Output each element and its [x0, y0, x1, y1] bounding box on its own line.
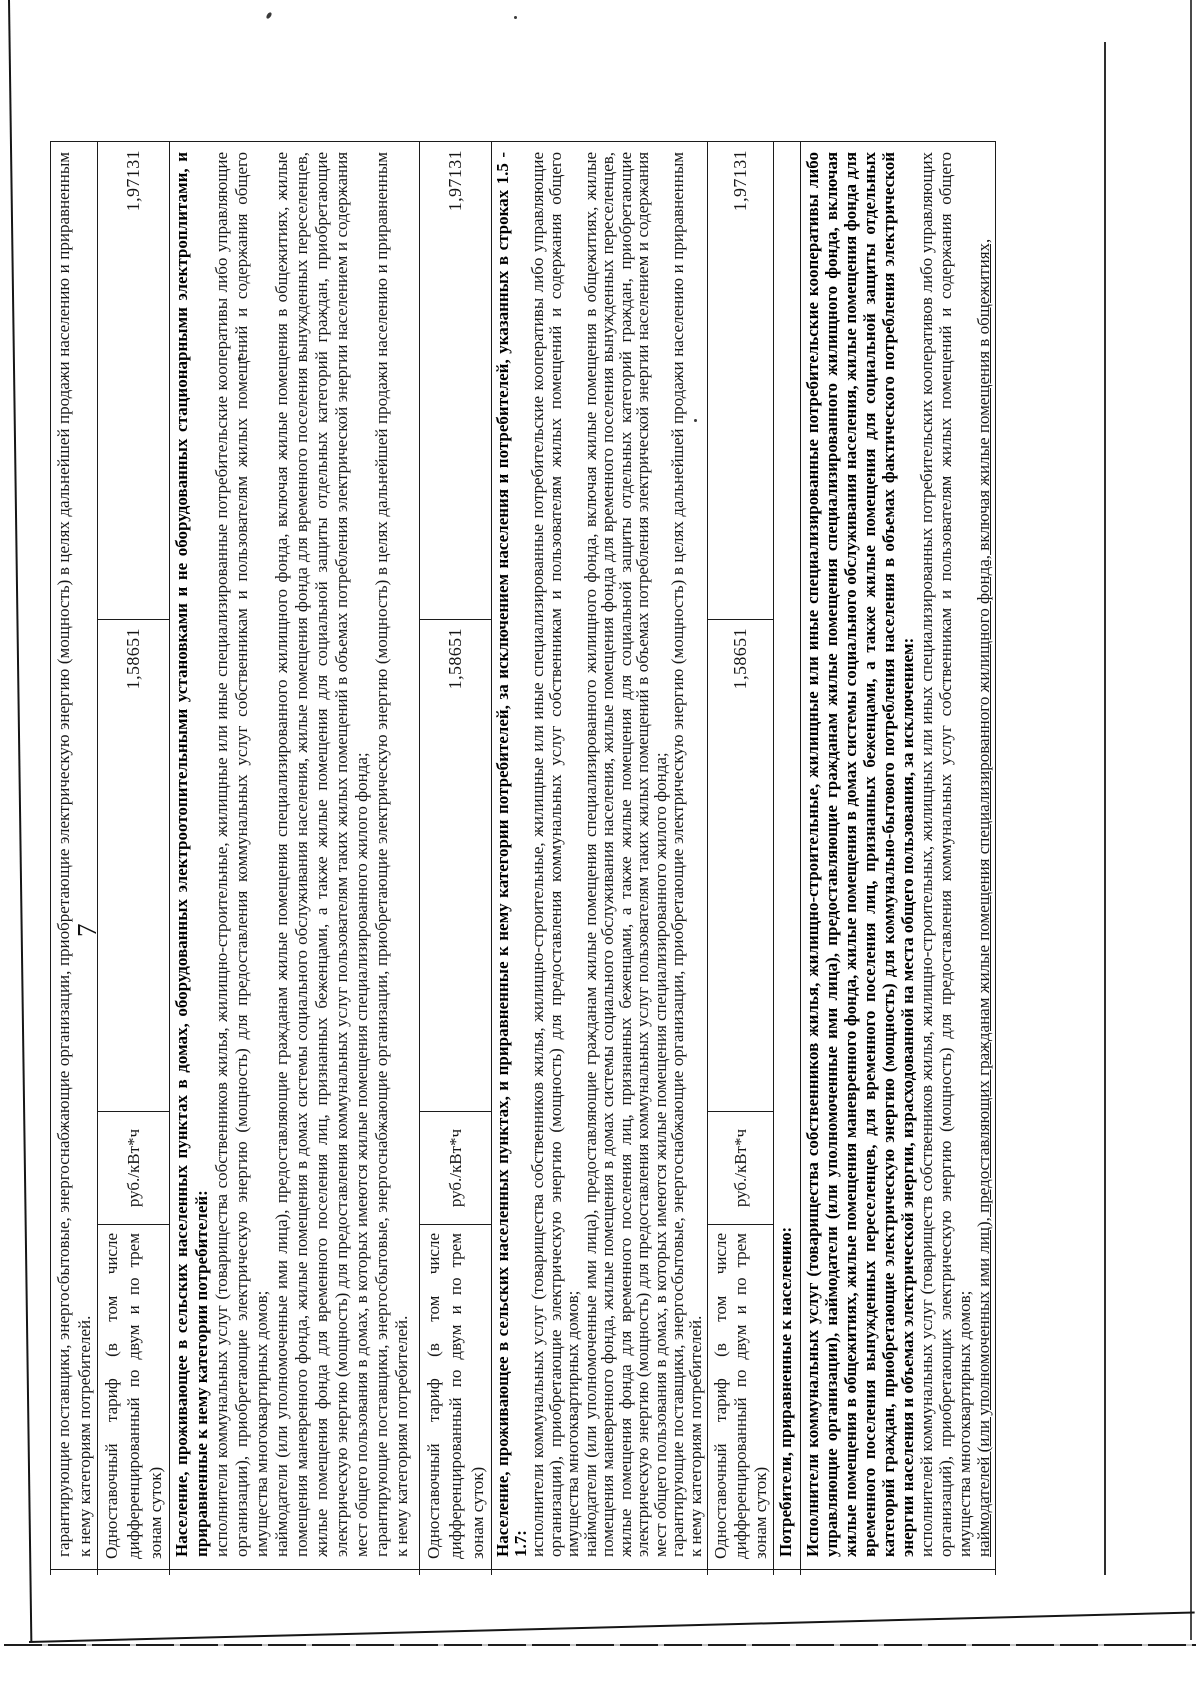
row-tariff-1: Одноставочный тариф (в том числе диффере…	[98, 141, 170, 1575]
row-2-1: 2.1. Исполнители коммунальных услуг (тов…	[801, 141, 996, 1575]
scan-speck	[514, 16, 517, 19]
row-1-7-heading: Население, проживающее в сельских населе…	[172, 152, 212, 1557]
row-2-heading: Потребители, приравненные к населению:	[776, 152, 795, 1557]
row-2-text-cell: Потребители, приравненные к населению:	[774, 141, 801, 1569]
row-1-8-para-1: исполнители коммунальных услуг (товарище…	[529, 152, 582, 1557]
tariff-value-first: 1,58651	[420, 620, 492, 1112]
row-1-7-text-cell: Население, проживающее в сельских населе…	[170, 141, 420, 1569]
scan-edge-left	[8, 0, 32, 1642]
row-1-7: 1.7. Население, проживающее в сельских н…	[170, 141, 420, 1575]
tariff-value-first: 1,58651	[708, 620, 774, 1112]
row-1-8-heading: Население, проживающее в сельских населе…	[494, 152, 529, 1557]
row-1-8-para-3: гарантирующие поставщики, энергосбытовые…	[669, 152, 704, 1557]
row-1-7-para-3: гарантирующие поставщики, энергосбытовые…	[372, 152, 412, 1557]
unit-cell: руб./кВт*ч	[708, 1112, 774, 1225]
row-2: 2. Потребители, приравненные к населению…	[774, 141, 801, 1575]
empty-corner	[51, 1570, 98, 1576]
unit-cell: руб./кВт*ч	[420, 1112, 492, 1225]
row-2-1-heading: Исполнители коммунальных услуг (товарище…	[803, 152, 917, 1557]
tariff-value-second: 1,97131	[708, 141, 774, 619]
row-continuation: гарантирующие поставщики, энергосбытовые…	[51, 141, 98, 1575]
continuation-text-cell: гарантирующие поставщики, энергосбытовые…	[51, 141, 98, 1569]
row-1-8: 1.8 Население, проживающее в сельских на…	[492, 141, 708, 1575]
row-2-1-text-cell: Исполнители коммунальных услуг (товарище…	[801, 141, 996, 1569]
tariff-value-second: 1,97131	[420, 141, 492, 619]
row-1-7-para-2: наймодатели (или уполномоченные ими лица…	[272, 152, 372, 1557]
row-number: 1.7.	[170, 1570, 420, 1576]
tariff-value-first: 1,58651	[98, 620, 170, 1112]
tariff-label-cell: Одноставочный тариф (в том числе диффере…	[708, 1225, 774, 1570]
tariff-label-cell: Одноставочный тариф (в том числе диффере…	[420, 1225, 492, 1570]
row-2-1-para-1: исполнителей коммунальных услуг (товарищ…	[917, 152, 974, 1557]
row-1-8-para-2: наймодатели (или уполномоченные ими лица…	[582, 152, 670, 1557]
row-2-1-para-2-underlined: наймодателей (или уполномоченных ими лиц…	[974, 239, 993, 1557]
scanned-page: 7 гарантирующие поставщики, энергосбытов…	[0, 0, 1200, 1686]
empty-corner	[98, 1570, 170, 1576]
continuation-paragraph: гарантирующие поставщики, энергосбытовые…	[53, 152, 95, 1557]
scan-edge-right	[1190, 0, 1192, 1640]
page-number: 7	[72, 924, 103, 938]
tariff-table: гарантирующие поставщики, энергосбытовые…	[50, 141, 996, 1575]
paper-bottom-edge	[29, 1611, 1195, 1643]
row-1-7-para-1: исполнители коммунальных услуг (товарище…	[212, 152, 272, 1557]
row-number: 1.8	[492, 1570, 708, 1576]
rotated-content: 7 гарантирующие поставщики, энергосбытов…	[50, 42, 1105, 1575]
row-1-8-text-cell: Население, проживающее в сельских населе…	[492, 141, 708, 1569]
unit-cell: руб./кВт*ч	[98, 1112, 170, 1225]
row-tariff-2: Одноставочный тариф (в том числе диффере…	[420, 141, 492, 1575]
row-number-empty	[420, 1570, 492, 1576]
scan-edge-bottom	[4, 1644, 1196, 1646]
tariff-value-second: 1,97131	[98, 141, 170, 619]
row-number: 2.	[774, 1570, 801, 1576]
row-number-empty	[708, 1570, 774, 1576]
row-tariff-3: Одноставочный тариф (в том числе диффере…	[708, 141, 774, 1575]
scan-speck	[265, 11, 272, 19]
tariff-label-cell: Одноставочный тариф (в том числе диффере…	[98, 1225, 170, 1570]
row-number: 2.1.	[801, 1570, 996, 1576]
